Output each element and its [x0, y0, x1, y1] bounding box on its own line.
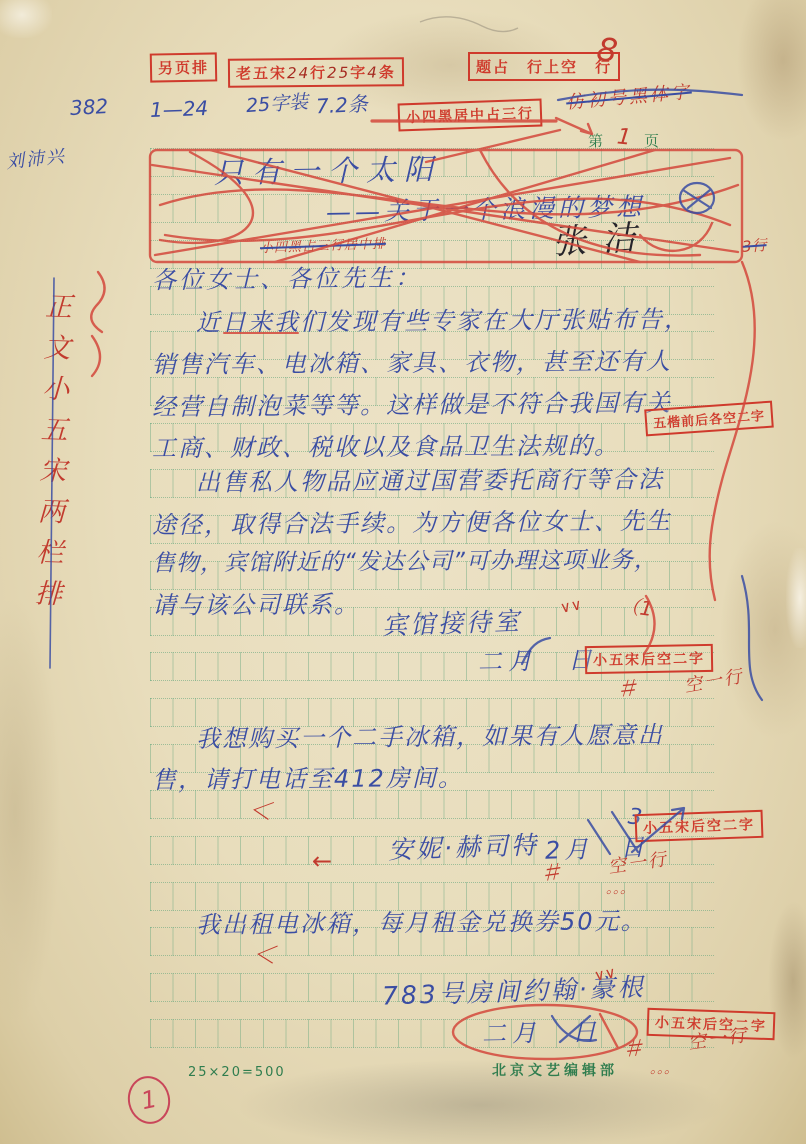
- left-arrow-mark: ←: [312, 848, 332, 874]
- stamp-laowusong-fill3: 4: [367, 63, 379, 81]
- torn-chip-top-left: [0, 0, 52, 38]
- stamp-laowusong-prefix: 老五宋: [236, 64, 287, 82]
- footer-publisher: 北京文艺编辑部: [492, 1064, 618, 1079]
- meta-length: 7.2条: [315, 93, 368, 118]
- stamp-another-page: 另页排: [150, 52, 218, 82]
- meta-page-range: 1—24: [150, 97, 209, 121]
- stain-right-middle: [720, 520, 806, 740]
- body-salutation: 各位女士、各位先生：: [152, 265, 422, 294]
- stamp-laowusong-unit3: 条: [379, 63, 396, 81]
- footer-grid-formula: 25×20=500: [188, 1066, 286, 1080]
- body-para2-line3: 售物，宾馆附近的“发达公司”可办理这项业务，: [152, 548, 658, 577]
- body-para2-line1: 出售私人物品应通过国营委托商行等合法: [196, 466, 664, 496]
- body-para1-line2: 销售汽车、电冰箱、家具、衣物，甚至还有人: [152, 348, 672, 378]
- hash-mark-3: ＃: [621, 1037, 645, 1063]
- dots-mark-2: 。。。: [606, 882, 634, 897]
- stamp-wukai-spacing-label: 五楷前后各空二字: [653, 409, 766, 432]
- body-para1-line3: 经营自制泡菜等等。这样做是不符合我国有关: [152, 390, 672, 421]
- torn-chip-right: [786, 548, 806, 648]
- title-text: 只有一个太阳: [214, 154, 443, 190]
- hash-mark-1: ＃: [615, 677, 639, 703]
- stamp-xiaowusong-1: 小五宋后空二字: [585, 644, 713, 674]
- notice3-date: 二月 日: [482, 1019, 602, 1047]
- page-number-label-suffix: 页: [644, 133, 659, 150]
- notice1-date: 二月 日: [478, 647, 598, 675]
- stamp-xiaowusong-2-label: 小五宋后空二字: [643, 817, 755, 837]
- paren-one-mark: （1: [619, 594, 654, 620]
- page-number-value: 1: [616, 125, 632, 151]
- notice2-signature: 安妮·赫司特: [388, 831, 540, 864]
- stamp-title-occupies-prefix: 题占: [476, 58, 510, 76]
- page-number-label-prefix: 第: [588, 133, 603, 150]
- notice1-signature: 宾馆接待室: [382, 608, 523, 640]
- body-para1-line4: 工商、财政、税收以及食品卫生法规的。: [152, 433, 620, 462]
- stamp-laowusong: 老五宋24行25字4条: [228, 57, 404, 88]
- struck-right-edge-note: 3行: [741, 237, 767, 255]
- manuscript-page: 另页排 老五宋24行25字4条 题占 行上空 行 8 小四黑居中占三行 382 …: [0, 0, 806, 1144]
- body-para2-line4: 请与该公司联系。: [152, 591, 360, 618]
- body-para1-line1: 近日来我们发现有些专家在大厅张贴布告，: [196, 306, 690, 336]
- caret-mark-2: ＜: [252, 942, 277, 969]
- caret-mark-1: ＜: [247, 797, 273, 825]
- body-para4-line1: 我出租电冰箱，每月租金兑换券50元。: [196, 908, 647, 938]
- margin-editor-name: 刘沛兴: [5, 147, 67, 173]
- stamp-subtitle-occupies: 小四黑居中占三行: [398, 98, 543, 131]
- meta-chars: 25字装: [245, 92, 308, 117]
- body-para2-line2: 途径，取得合法手续。为方便各位女士、先生: [152, 508, 672, 539]
- stamp-subtitle-occupies-label: 小四黑居中占三行: [406, 106, 534, 126]
- stamp-xiaowusong-1-label: 小五宋后空二字: [593, 651, 705, 669]
- stamp-laowusong-unit1: 行: [310, 64, 327, 82]
- stamp-laowusong-fill1: 24: [287, 64, 310, 82]
- stamp-laowusong-fill2: 25: [327, 64, 350, 82]
- body-para3-line2: 售，请打电话至412房间。: [152, 765, 464, 794]
- struck-typeface-note: 仿初号黑体字: [565, 83, 692, 114]
- body-para3-line1: 我想购买一个二手冰箱，如果有人愿意出: [196, 722, 664, 752]
- author-signature: 张洁: [551, 219, 653, 262]
- margin-vertical-typeset-note: 正文小五宋两栏排: [27, 292, 71, 693]
- dots-mark-3: 。。。: [650, 1062, 678, 1077]
- check-marks-1: ∨∨: [559, 596, 584, 616]
- stamp-xiaowusong-2: 小五宋后空二字: [635, 810, 764, 842]
- hash-mark-2: ＃: [538, 861, 563, 888]
- stamp-laowusong-unit2: 字: [350, 64, 367, 82]
- check-marks-3: ∨∨: [593, 964, 618, 984]
- corner-page-circle-number: 1: [123, 1072, 174, 1128]
- meta-number: 382: [69, 95, 108, 119]
- stain-top-right-corner: [738, 0, 806, 140]
- stamp-another-page-label: 另页排: [158, 59, 209, 78]
- stamp-title-occupies-mid: 行上空: [527, 58, 578, 76]
- corner-page-circle: 1: [123, 1072, 174, 1128]
- stain-bottom-smudge: [240, 1060, 720, 1144]
